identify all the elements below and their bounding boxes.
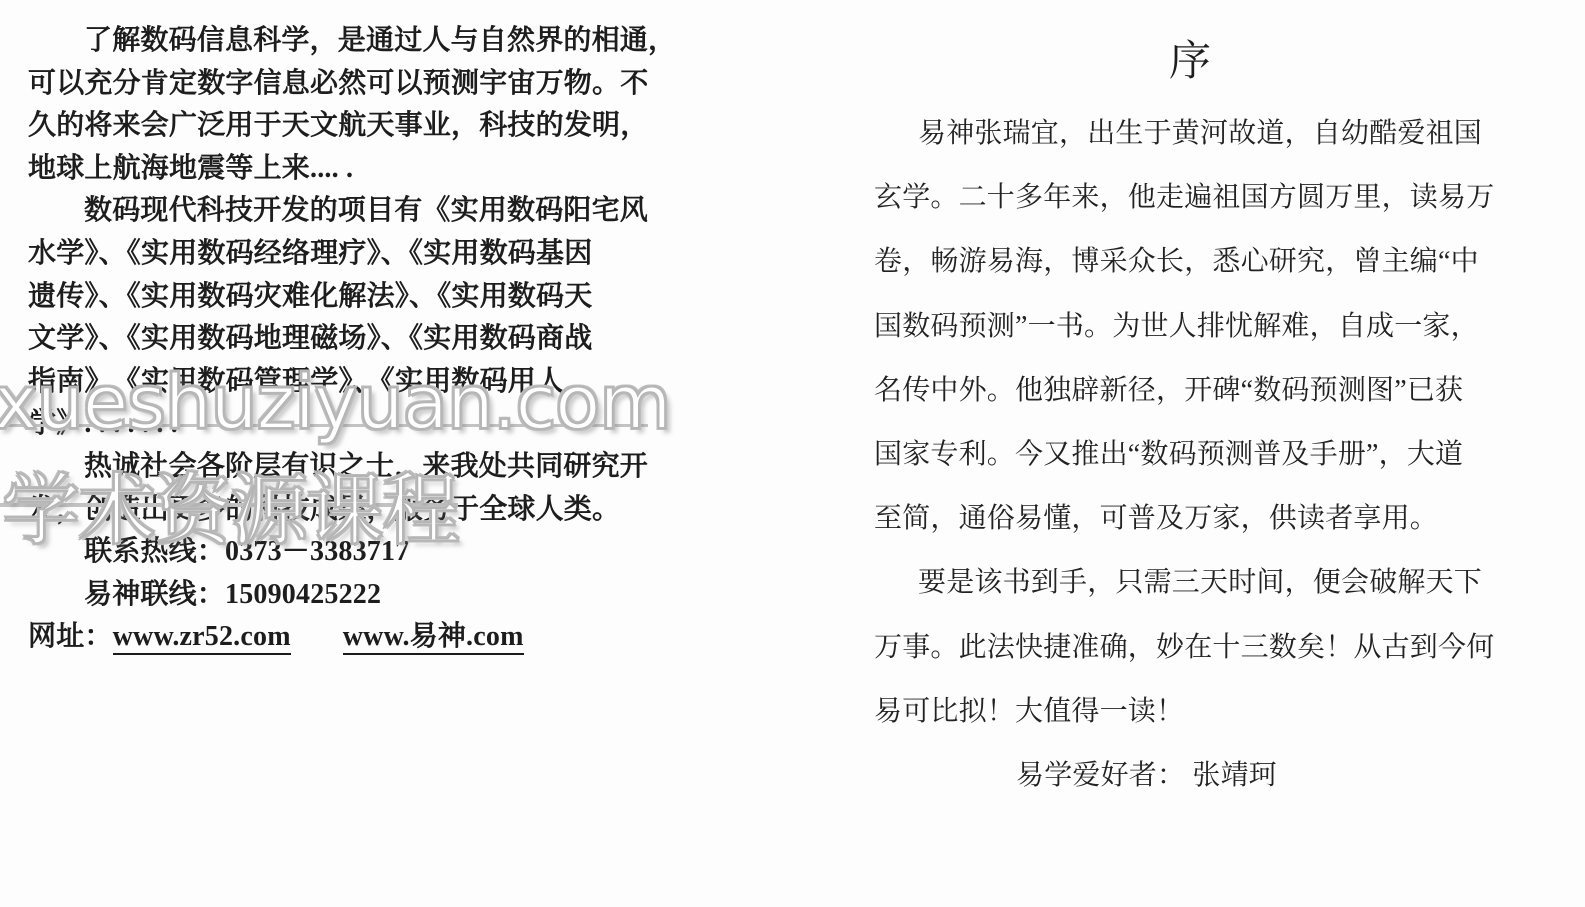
text-line: 了解数码信息科学，是通过人与自然界的相通， — [28, 20, 673, 63]
preface-title: 序 — [874, 28, 1506, 88]
preface-line: 至简，通俗易懂，可普及万家，供读者享用。 — [874, 487, 1514, 551]
website-url-2: www.易神.com — [343, 621, 524, 655]
text-line: 地球上航海地震等上来.... . — [28, 148, 673, 191]
text-line: 数码现代科技开发的项目有《实用数码阳宅风 — [28, 190, 673, 233]
text-line: 文学》、《实用数码地理磁场》、《实用数码商战 — [28, 318, 673, 361]
website-label: 网址： — [28, 621, 113, 652]
text-line: 遗传》、《实用数码灾难化解法》、《实用数码天 — [28, 276, 673, 319]
preface-line: 万事。此法快捷准确，妙在十三数矣！从古到今何 — [874, 616, 1514, 680]
preface-line: 易神张瑞宜，出生于黄河故道，自幼酷爱祖国 — [874, 102, 1514, 166]
preface-line: 玄学。二十多年来，他走遍祖国方圆万里，读易万 — [874, 166, 1514, 230]
website-row: 网址：www.zr52.comwww.易神.com — [28, 616, 673, 659]
text-line: 热诚社会各阶层有识之士，来我处共同研究开 — [28, 446, 673, 489]
contact-hotline-line: 联系热线：0373－3383717 — [28, 531, 673, 574]
preface-line: 国家专利。今又推出“数码预测普及手册”，大道 — [874, 423, 1514, 487]
text-line: 可以充分肯定数字信息必然可以预测宇宙万物。不 — [28, 63, 673, 106]
left-page: 了解数码信息科学，是通过人与自然界的相通， 可以充分肯定数字信息必然可以预测宇宙… — [28, 20, 673, 659]
text-line: 发，创造出更多的科技成果，服务于全球人类。 — [28, 489, 673, 532]
right-page: 易神张瑞宜，出生于黄河故道，自幼酷爱祖国 玄学。二十多年来，他走遍祖国方圆万里，… — [874, 102, 1514, 808]
watermark-strikethrough — [0, 503, 458, 507]
preface-line: 易可比拟！大值得一读！ — [874, 680, 1514, 744]
text-line: 久的将来会广泛用于天文航天事业，科技的发明， — [28, 105, 673, 148]
signature-line: 易学爱好者： 张靖珂 — [874, 744, 1514, 808]
preface-line: 卷，畅游易海，博采众长，悉心研究，曾主编“中 — [874, 230, 1514, 294]
yishen-hotline-line: 易神联线：15090425222 — [28, 574, 673, 617]
preface-line: 名传中外。他独辟新径，开碑“数码预测图”已获 — [874, 359, 1514, 423]
preface-line: 要是该书到手，只需三天时间，便会破解天下 — [874, 551, 1514, 615]
watermark-underline — [0, 424, 648, 427]
text-line: 水学》、《实用数码经络理疗》、《实用数码基因 — [28, 233, 673, 276]
text-line: 指南》、《实用数码管理学》、《实用数码用人 — [28, 361, 673, 404]
website-url-1: www.zr52.com — [113, 621, 291, 655]
preface-line: 国数码预测”一书。为世人排忧解难，自成一家， — [874, 295, 1514, 359]
